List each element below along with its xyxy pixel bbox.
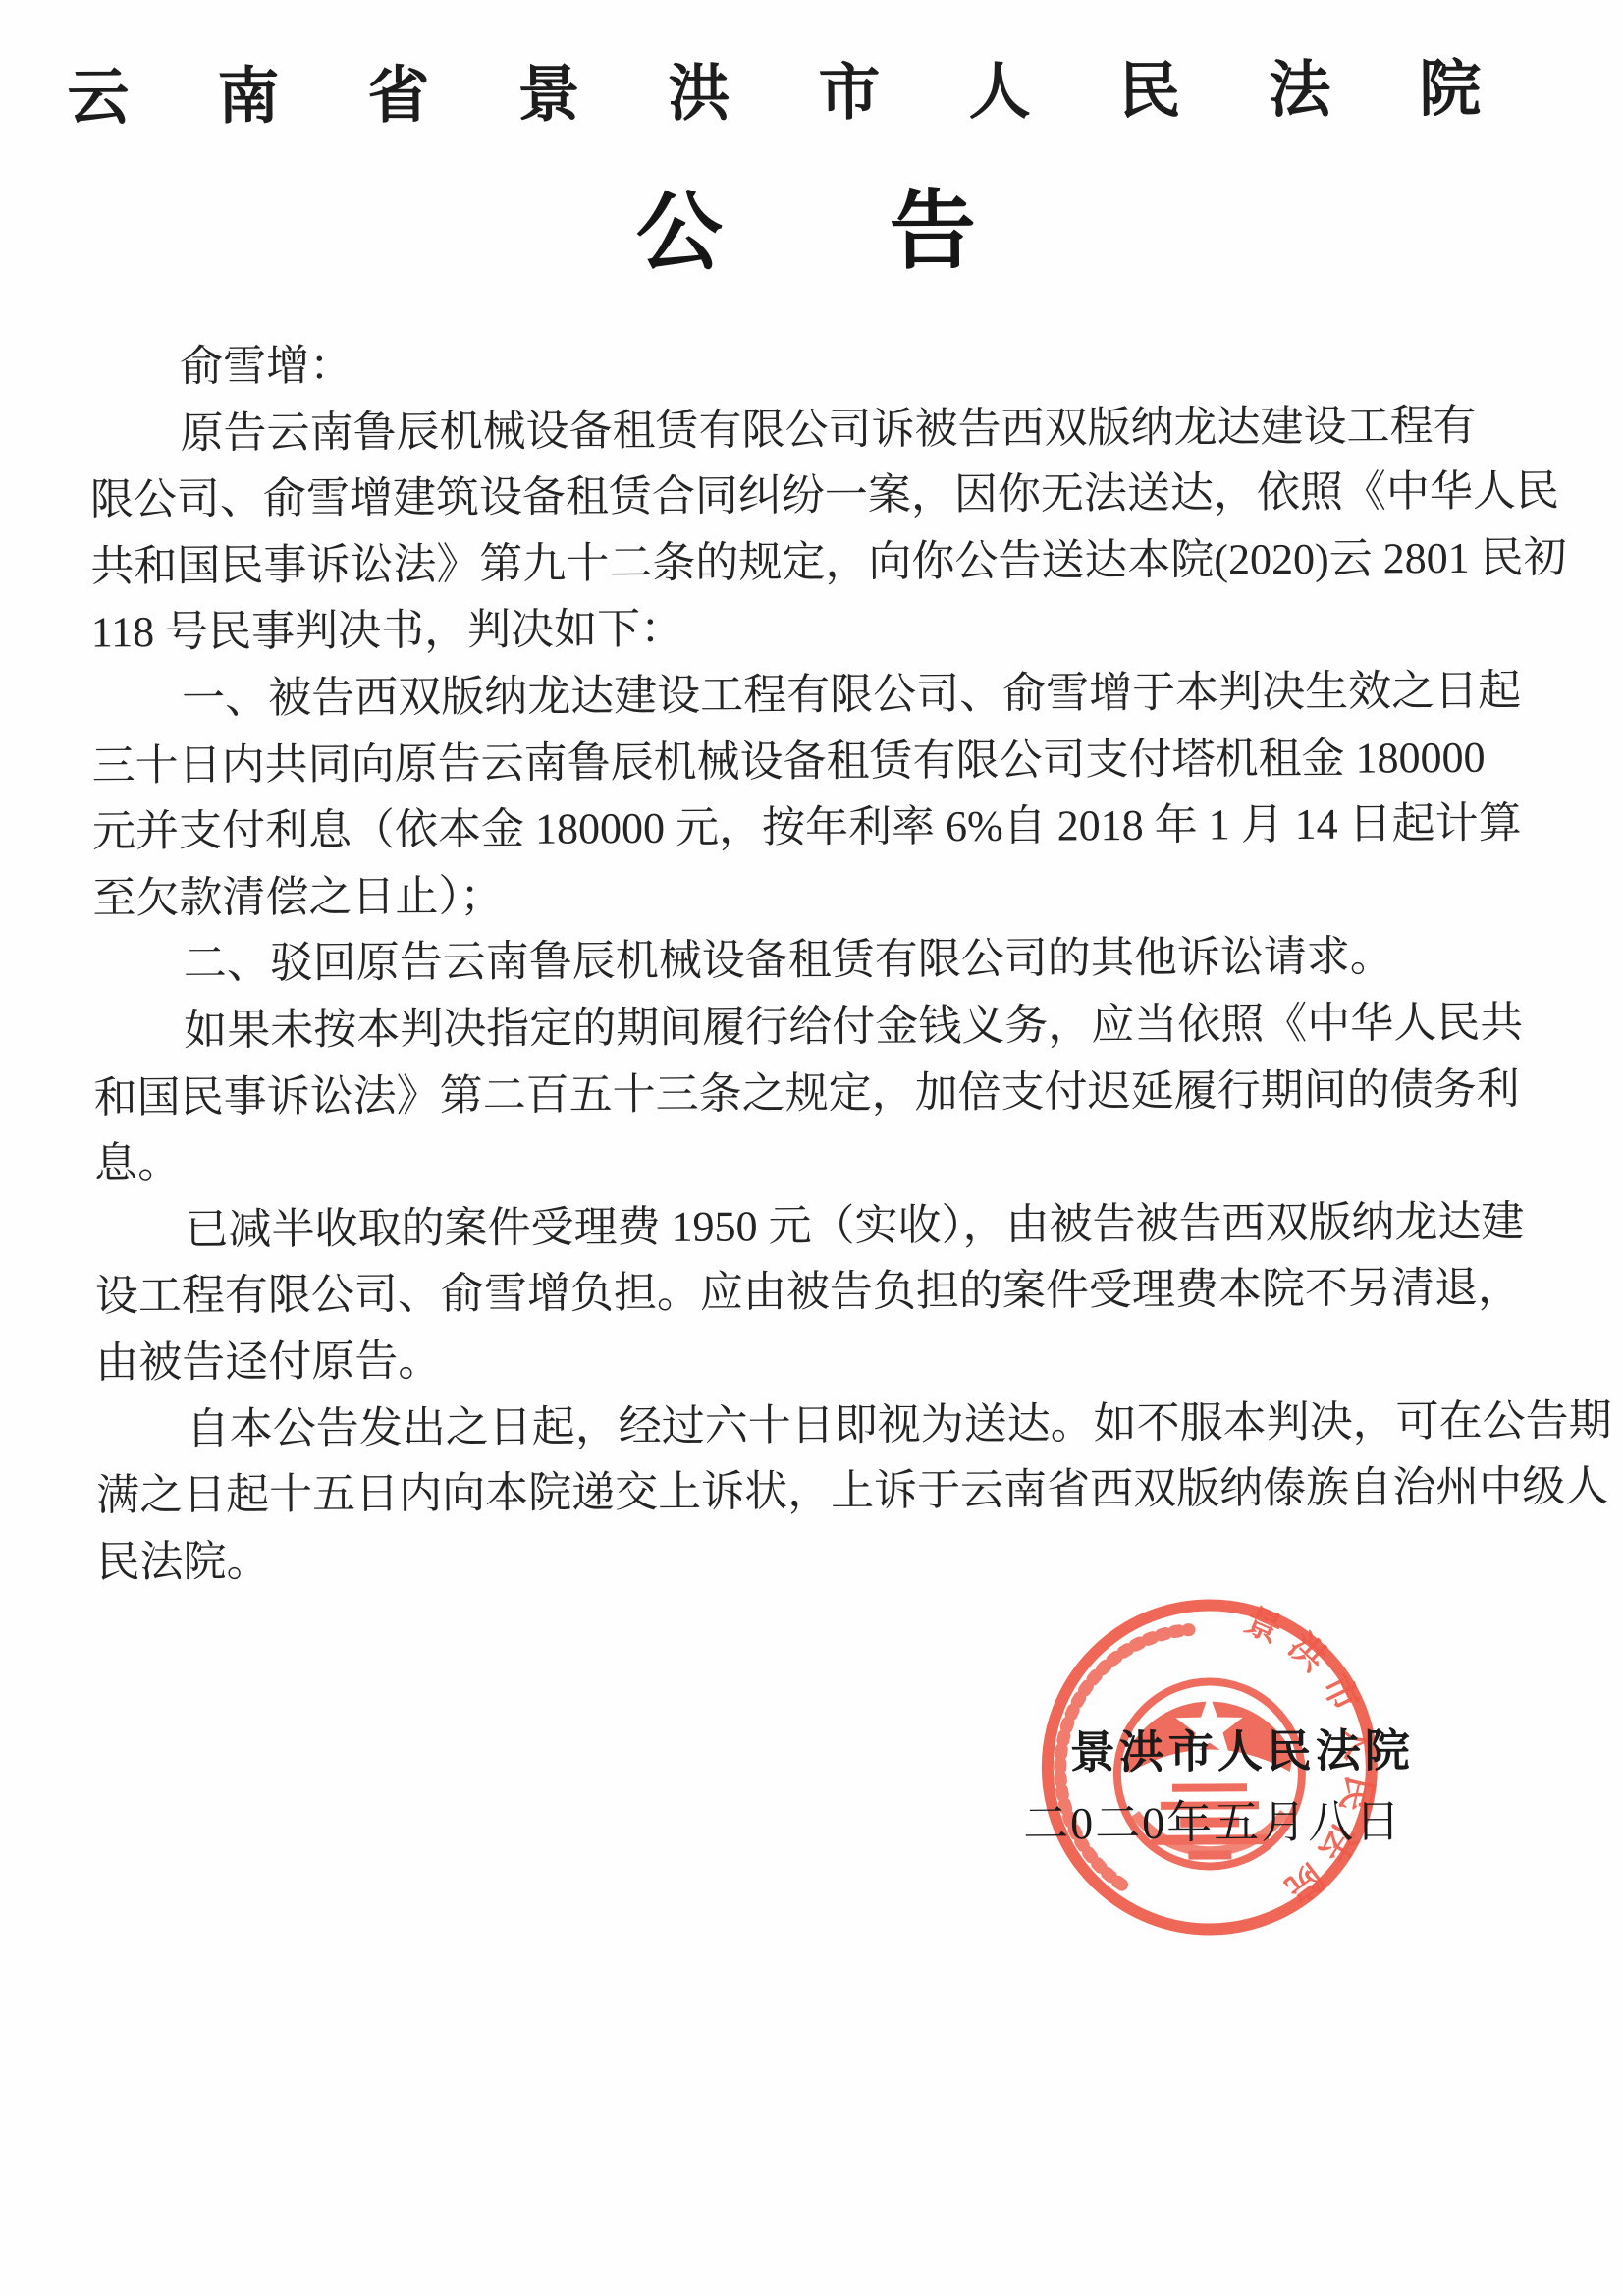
body-line: 满之日起十五日内向本院递交上诉状，上诉于云南省西双版纳傣族自治州中级人 bbox=[96, 1454, 1542, 1530]
scanned-document: 云南省景洪市人民法院 公告 俞雪增： 原告云南鲁辰机械设备租赁有限公司诉被告西双… bbox=[0, 0, 1623, 2296]
body-line: 如果未按本判决指定的期间履行给付金钱义务，应当依照《中华人民共 bbox=[93, 989, 1539, 1065]
notice-title: 公告 bbox=[0, 158, 1618, 292]
title-char: 景 bbox=[517, 44, 580, 134]
title-char: 南 bbox=[217, 46, 280, 136]
signature-date: 二0二0年五月八日 bbox=[1023, 1785, 1402, 1852]
body-line: 息。 bbox=[94, 1122, 1540, 1198]
title-char: 市 bbox=[818, 43, 881, 133]
body-line: 118 号民事判决书，判决如下： bbox=[91, 591, 1537, 667]
document-body: 俞雪增： 原告云南鲁辰机械设备租赁有限公司诉被告西双版纳龙达建设工程有限公司、俞… bbox=[89, 325, 1542, 1595]
body-line: 二、驳回原告云南鲁辰机械设备租赁有限公司的其他诉讼请求。 bbox=[93, 923, 1539, 999]
body-line: 一、被告西双版纳龙达建设工程有限公司、俞雪增于本判决生效之日起 bbox=[91, 657, 1537, 733]
title-char: 云 bbox=[67, 47, 130, 137]
body-line: 已减半收取的案件受理费 1950 元（实收），由被告被告西双版纳龙达建 bbox=[94, 1188, 1540, 1264]
body-line: 自本公告发出之日起，经过六十日即视为送达。如不服本判决，可在公告期 bbox=[96, 1388, 1542, 1463]
body-line: 共和国民事诉讼法》第九十二条的规定，向你公告送达本院(2020)云 2801 民… bbox=[90, 524, 1536, 600]
court-notice-page: 云南省景洪市人民法院 公告 俞雪增： 原告云南鲁辰机械设备租赁有限公司诉被告西双… bbox=[0, 0, 1623, 2296]
title-char: 洪 bbox=[668, 43, 730, 133]
court-title: 云南省景洪市人民法院 bbox=[67, 39, 1482, 137]
body-line: 由被告迳付原告。 bbox=[95, 1321, 1541, 1396]
title-char: 人 bbox=[968, 42, 1031, 132]
title-char: 告 bbox=[889, 162, 976, 287]
body-line: 元并支付利息（依本金 180000 元，按年利率 6%自 2018 年 1 月 … bbox=[92, 791, 1538, 866]
signature-court-name: 景洪市人民法院 bbox=[1070, 1715, 1414, 1781]
body-line: 限公司、俞雪增建筑设备租赁合同纠纷一案，因你无法送达，依照《中华人民 bbox=[90, 459, 1536, 534]
body-line: 三十日内共同向原告云南鲁辰机械设备租赁有限公司支付塔机租金 180000 bbox=[91, 724, 1537, 799]
recipient-line: 俞雪增： bbox=[89, 325, 1535, 401]
title-char: 法 bbox=[1269, 40, 1331, 130]
title-char: 民 bbox=[1118, 41, 1181, 131]
title-char: 省 bbox=[367, 45, 430, 135]
title-char: 公 bbox=[635, 164, 723, 289]
body-line: 设工程有限公司、俞雪增负担。应由被告负担的案件受理费本院不另清退， bbox=[95, 1255, 1541, 1331]
title-char: 院 bbox=[1419, 39, 1482, 129]
body-line: 至欠款清偿之日止）； bbox=[92, 856, 1538, 932]
body-line: 原告云南鲁辰机械设备租赁有限公司诉被告西双版纳龙达建设工程有 bbox=[89, 392, 1535, 467]
body-lines: 原告云南鲁辰机械设备租赁有限公司诉被告西双版纳龙达建设工程有限公司、俞雪增建筑设… bbox=[89, 392, 1542, 1596]
body-line: 民法院。 bbox=[96, 1520, 1542, 1596]
body-line: 和国民事诉讼法》第二百五十三条之规定，加倍支付迟延履行期间的债务利 bbox=[93, 1056, 1539, 1131]
